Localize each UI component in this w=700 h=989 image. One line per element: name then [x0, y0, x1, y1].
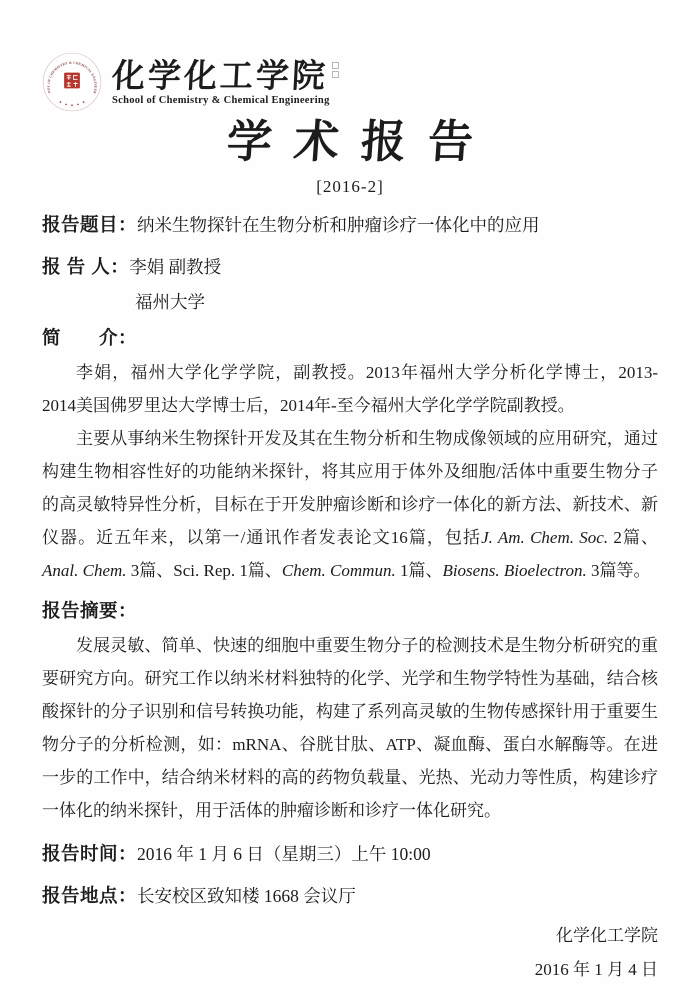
college-seal-logo: SCHOOL OF CHEMISTRY & CHEMICAL ENGINEERI…: [42, 52, 102, 112]
document-title: 学术报告: [40, 116, 660, 168]
abstract-paragraph: 发展灵敏、简单、快速的细胞中重要生物分子的检测技术是生物分析研究的重要研究方向。…: [42, 629, 658, 827]
report-title-label: 报告题目：: [42, 214, 137, 235]
journal-name-italic: Chem. Commun.: [282, 561, 396, 580]
report-time-row: 报告时间：2016 年 1 月 6 日（星期三）上午 10:00: [42, 840, 658, 869]
intro-paragraph-2: 主要从事纳米生物探针开发及其在生物分析和生物成像领域的应用研究，通过构建生物相容…: [42, 422, 658, 587]
speaker-affiliation: 福州大学: [42, 291, 658, 314]
report-title-row: 报告题目：纳米生物探针在生物分析和肿瘤诊疗一体化中的应用: [42, 211, 658, 240]
speaker-row: 报 告 人：李娟 副教授: [42, 253, 658, 282]
journal-name-italic: J. Am. Chem. Soc.: [481, 528, 608, 547]
calligraphy-signature-mark: [332, 62, 339, 78]
speaker-label: 报 告 人：: [42, 256, 129, 277]
report-time-value: 2016 年 1 月 6 日（星期三）上午 10:00: [137, 844, 431, 864]
text-run: 1篇、: [396, 561, 443, 580]
seal-bottom-arc-marks: [60, 101, 85, 106]
abstract-heading: 报告摘要：: [42, 598, 658, 624]
college-header: SCHOOL OF CHEMISTRY & CHEMICAL ENGINEERI…: [42, 50, 658, 114]
seal-center-stamp: [64, 73, 80, 89]
report-title-value: 纳米生物探针在生物分析和肿瘤诊疗一体化中的应用: [137, 215, 540, 235]
text-run: 发展灵敏、简单、快速的细胞中重要生物分子的检测技术是生物分析研究的重要研究方向。…: [42, 636, 658, 820]
intro-heading: 简 介：: [42, 325, 658, 351]
issue-number: [2016-2]: [42, 176, 658, 198]
text-run: 3篇、Sci. Rep. 1篇、: [127, 561, 282, 580]
report-venue-row: 报告地点：长安校区致知楼 1668 会议厅: [42, 882, 658, 911]
college-name-english: School of Chemistry & Chemical Engineeri…: [112, 95, 339, 106]
college-name-block: 化学化工学院 School of Chemistry & Chemical En…: [112, 58, 339, 106]
text-run: 3篇等。: [587, 561, 651, 580]
journal-name-italic: Anal. Chem.: [42, 561, 127, 580]
footer-organization: 化学化工学院: [42, 924, 658, 948]
document-page: SCHOOL OF CHEMISTRY & CHEMICAL ENGINEERI…: [0, 0, 700, 989]
footer-date: 2016 年 1 月 4 日: [42, 958, 658, 982]
college-name-calligraphy: 化学化工学院: [111, 58, 329, 94]
report-venue-label: 报告地点：: [42, 885, 137, 906]
report-time-label: 报告时间：: [42, 843, 137, 864]
intro-paragraph-1: 李娟，福州大学化学学院，副教授。2013年福州大学分析化学博士，2013-201…: [42, 356, 658, 422]
speaker-value: 李娟 副教授: [129, 257, 221, 277]
text-run: 李娟，福州大学化学学院，副教授。2013年福州大学分析化学博士，2013-201…: [42, 363, 658, 415]
journal-name-italic: Biosens. Bioelectron.: [442, 561, 586, 580]
text-run: 2篇、: [608, 528, 658, 547]
report-venue-value: 长安校区致知楼 1668 会议厅: [137, 886, 356, 906]
